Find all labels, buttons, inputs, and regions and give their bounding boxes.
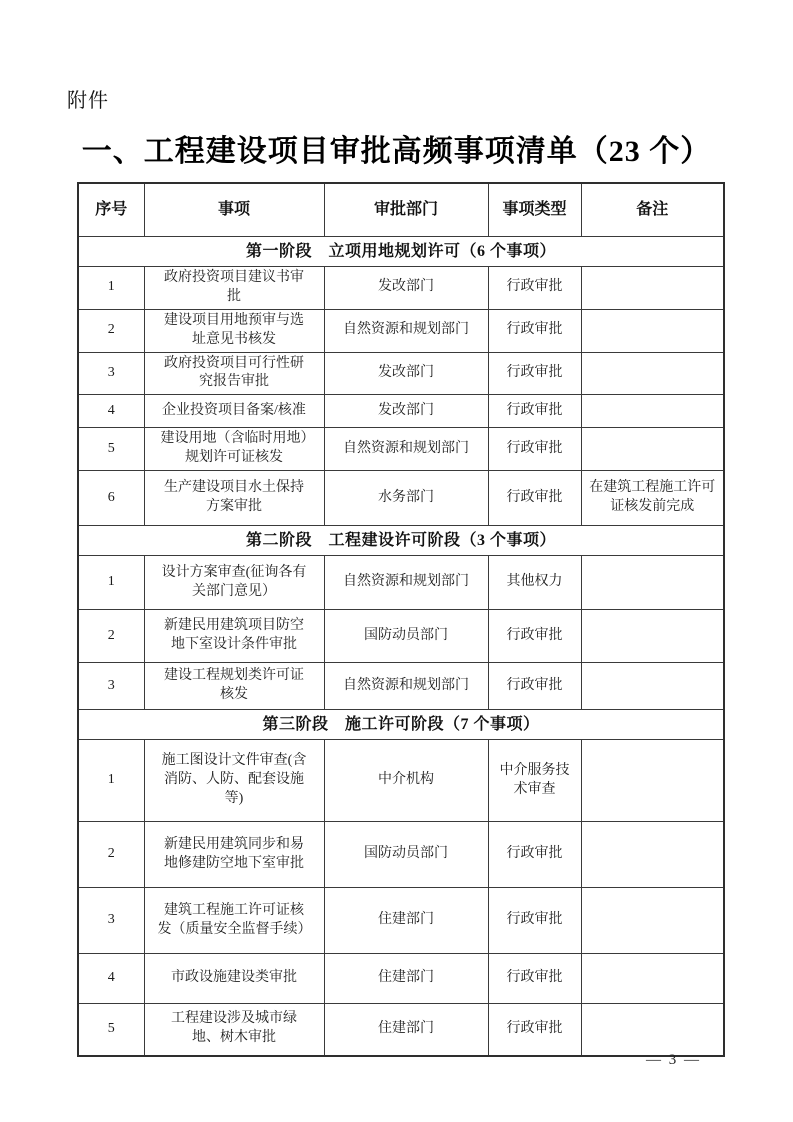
cell-no: 1 [78, 267, 144, 310]
cell-item: 政府投资项目建议书审批 [144, 267, 324, 310]
cell-dept: 发改部门 [324, 352, 488, 395]
cell-dept: 住建部门 [324, 954, 488, 1004]
cell-dept: 水务部门 [324, 471, 488, 526]
cell-no: 3 [78, 663, 144, 710]
cell-note [581, 556, 724, 610]
col-header-type: 事项类型 [488, 183, 581, 237]
page-number: — 3 — [646, 1052, 701, 1069]
cell-note [581, 309, 724, 352]
cell-item: 建设项目用地预审与选址意见书核发 [144, 309, 324, 352]
cell-type: 行政审批 [488, 309, 581, 352]
cell-note [581, 740, 724, 822]
cell-item: 市政设施建设类审批 [144, 954, 324, 1004]
page-title: 一、工程建设项目审批高频事项清单（23 个） [0, 126, 793, 170]
cell-dept: 中介机构 [324, 740, 488, 822]
cell-note [581, 395, 724, 428]
cell-no: 5 [78, 1004, 144, 1056]
section-title: 第二阶段 工程建设许可阶段（3 个事项） [78, 526, 724, 556]
cell-item: 建筑工程施工许可证核发（质量安全监督手续） [144, 888, 324, 954]
table-row: 2 建设项目用地预审与选址意见书核发 自然资源和规划部门 行政审批 [78, 309, 724, 352]
table-row: 2 新建民用建筑同步和易地修建防空地下室审批 国防动员部门 行政审批 [78, 822, 724, 888]
cell-item: 企业投资项目备案/核准 [144, 395, 324, 428]
cell-type: 行政审批 [488, 610, 581, 663]
section-banner-stage1: 第一阶段 立项用地规划许可（6 个事项） [78, 237, 724, 267]
cell-note [581, 663, 724, 710]
cell-dept: 住建部门 [324, 888, 488, 954]
cell-item: 施工图设计文件审查(含消防、人防、配套设施等) [144, 740, 324, 822]
cell-type: 中介服务技术审查 [488, 740, 581, 822]
cell-item: 工程建设涉及城市绿地、树木审批 [144, 1004, 324, 1056]
cell-no: 2 [78, 610, 144, 663]
cell-note [581, 428, 724, 471]
section-title: 第一阶段 立项用地规划许可（6 个事项） [78, 237, 724, 267]
table-row: 5 工程建设涉及城市绿地、树木审批 住建部门 行政审批 [78, 1004, 724, 1056]
cell-item: 建设工程规划类许可证核发 [144, 663, 324, 710]
table-row: 3 政府投资项目可行性研究报告审批 发改部门 行政审批 [78, 352, 724, 395]
cell-no: 2 [78, 822, 144, 888]
table-row: 4 企业投资项目备案/核准 发改部门 行政审批 [78, 395, 724, 428]
cell-dept: 自然资源和规划部门 [324, 663, 488, 710]
cell-dept: 住建部门 [324, 1004, 488, 1056]
table-header-row: 序号 事项 审批部门 事项类型 备注 [78, 183, 724, 237]
cell-dept: 国防动员部门 [324, 610, 488, 663]
cell-item: 设计方案审查(征询各有关部门意见） [144, 556, 324, 610]
cell-item: 新建民用建筑项目防空地下室设计条件审批 [144, 610, 324, 663]
cell-no: 6 [78, 471, 144, 526]
table-row: 3 建设工程规划类许可证核发 自然资源和规划部门 行政审批 [78, 663, 724, 710]
cell-dept: 发改部门 [324, 395, 488, 428]
cell-note [581, 888, 724, 954]
col-header-no: 序号 [78, 183, 144, 237]
col-header-dept: 审批部门 [324, 183, 488, 237]
cell-no: 2 [78, 309, 144, 352]
cell-note [581, 954, 724, 1004]
cell-type: 行政审批 [488, 471, 581, 526]
table-row: 3 建筑工程施工许可证核发（质量安全监督手续） 住建部门 行政审批 [78, 888, 724, 954]
cell-note [581, 267, 724, 310]
cell-type: 行政审批 [488, 1004, 581, 1056]
table-row: 6 生产建设项目水土保持方案审批 水务部门 行政审批 在建筑工程施工许可证核发前… [78, 471, 724, 526]
cell-dept: 自然资源和规划部门 [324, 428, 488, 471]
table-row: 5 建设用地（含临时用地）规划许可证核发 自然资源和规划部门 行政审批 [78, 428, 724, 471]
cell-note [581, 352, 724, 395]
section-title: 第三阶段 施工许可阶段（7 个事项） [78, 710, 724, 740]
approval-items-table: 序号 事项 审批部门 事项类型 备注 第一阶段 立项用地规划许可（6 个事项） … [77, 182, 725, 1057]
table-row: 1 政府投资项目建议书审批 发改部门 行政审批 [78, 267, 724, 310]
col-header-item: 事项 [144, 183, 324, 237]
cell-no: 1 [78, 556, 144, 610]
cell-dept: 自然资源和规划部门 [324, 309, 488, 352]
cell-dept: 发改部门 [324, 267, 488, 310]
table-row: 1 施工图设计文件审查(含消防、人防、配套设施等) 中介机构 中介服务技术审查 [78, 740, 724, 822]
cell-type: 行政审批 [488, 395, 581, 428]
cell-type: 行政审批 [488, 888, 581, 954]
cell-no: 5 [78, 428, 144, 471]
cell-note: 在建筑工程施工许可证核发前完成 [581, 471, 724, 526]
cell-no: 4 [78, 395, 144, 428]
cell-item: 新建民用建筑同步和易地修建防空地下室审批 [144, 822, 324, 888]
cell-type: 行政审批 [488, 663, 581, 710]
cell-type: 行政审批 [488, 267, 581, 310]
table-row: 4 市政设施建设类审批 住建部门 行政审批 [78, 954, 724, 1004]
document-page: 附件 一、工程建设项目审批高频事项清单（23 个） 序号 事项 审批部门 事项类… [0, 0, 793, 1122]
cell-dept: 自然资源和规划部门 [324, 556, 488, 610]
cell-type: 其他权力 [488, 556, 581, 610]
cell-no: 3 [78, 352, 144, 395]
cell-note [581, 610, 724, 663]
section-banner-stage3: 第三阶段 施工许可阶段（7 个事项） [78, 710, 724, 740]
cell-no: 3 [78, 888, 144, 954]
section-banner-stage2: 第二阶段 工程建设许可阶段（3 个事项） [78, 526, 724, 556]
cell-dept: 国防动员部门 [324, 822, 488, 888]
cell-type: 行政审批 [488, 822, 581, 888]
col-header-note: 备注 [581, 183, 724, 237]
table-row: 1 设计方案审查(征询各有关部门意见） 自然资源和规划部门 其他权力 [78, 556, 724, 610]
cell-note [581, 1004, 724, 1056]
cell-type: 行政审批 [488, 428, 581, 471]
cell-type: 行政审批 [488, 352, 581, 395]
cell-no: 1 [78, 740, 144, 822]
cell-no: 4 [78, 954, 144, 1004]
table-row: 2 新建民用建筑项目防空地下室设计条件审批 国防动员部门 行政审批 [78, 610, 724, 663]
attachment-label: 附件 [67, 84, 109, 113]
cell-item: 建设用地（含临时用地）规划许可证核发 [144, 428, 324, 471]
cell-item: 生产建设项目水土保持方案审批 [144, 471, 324, 526]
cell-item: 政府投资项目可行性研究报告审批 [144, 352, 324, 395]
cell-type: 行政审批 [488, 954, 581, 1004]
cell-note [581, 822, 724, 888]
